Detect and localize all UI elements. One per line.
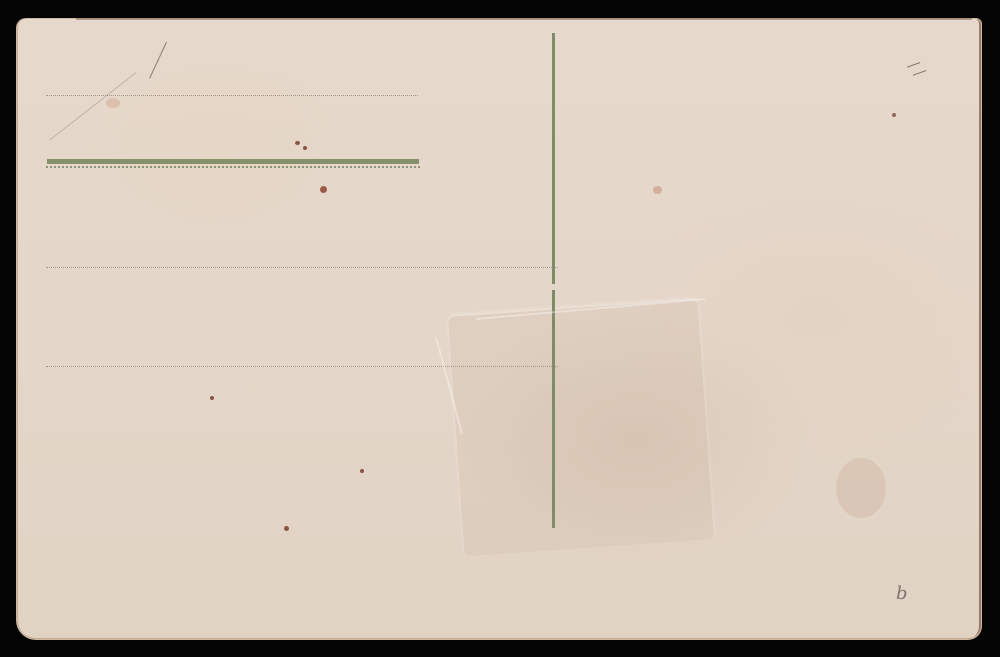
card-edge-wear (76, 18, 972, 20)
foxing-spot (303, 146, 307, 150)
center-divider-line (552, 33, 555, 528)
foxing-spot (295, 141, 300, 145)
foxing-spot (653, 186, 662, 194)
dotted-line-1 (46, 95, 418, 96)
pencil-stroke (149, 42, 167, 79)
green-dotted-underline (46, 166, 420, 168)
dotted-line-3 (46, 366, 558, 367)
foxing-spot (210, 396, 214, 400)
pencil-annotation: b (896, 583, 908, 604)
foxing-spot (360, 469, 364, 473)
foxing-spot (320, 186, 327, 193)
adhesive-residue-patch (448, 300, 714, 557)
corner-mark (907, 62, 920, 68)
postcard-back: b (16, 18, 982, 640)
dotted-line-2 (46, 267, 558, 268)
stain-patch (836, 458, 886, 518)
faint-pencil-stroke (49, 72, 136, 141)
divider-break (551, 284, 556, 290)
corner-mark (913, 70, 926, 76)
green-title-bar (47, 159, 419, 164)
foxing-spot (284, 526, 289, 531)
foxing-spot (892, 113, 896, 117)
stain-patch (106, 98, 120, 108)
